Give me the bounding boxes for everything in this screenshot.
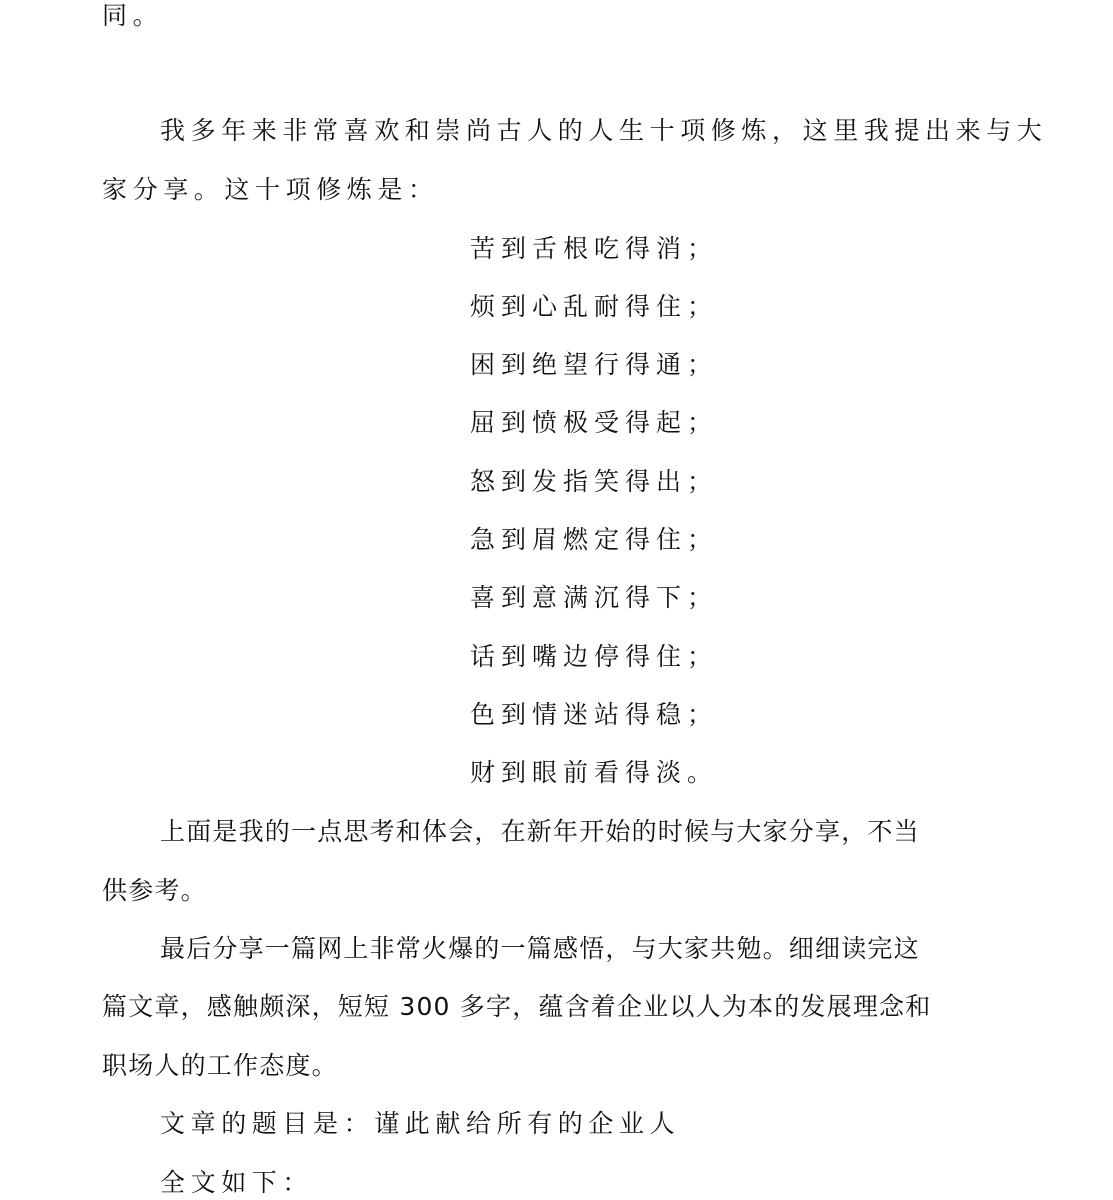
poem-line: 色到情迷站得稳； bbox=[470, 699, 718, 731]
paragraph-line: 供参考。 bbox=[102, 875, 207, 907]
article-title-line: 文章的题目是：谨此献给所有的企业人 bbox=[160, 1108, 680, 1140]
paragraph-line: 篇文章，感触颇深，短短 300 多字，蕴含着企业以人为本的发展理念和 bbox=[102, 991, 931, 1023]
poem-line: 急到眉燃定得住； bbox=[470, 524, 718, 556]
paragraph-line: 家分享。这十项修炼是： bbox=[102, 174, 439, 206]
paragraph-line: 我多年来非常喜欢和崇尚古人的人生十项修炼，这里我提出来与大 bbox=[160, 115, 1047, 147]
paragraph-line: 同。 bbox=[102, 0, 163, 32]
poem-line: 怒到发指笑得出； bbox=[470, 466, 718, 498]
paragraph-line: 上面是我的一点思考和体会，在新年开始的时候与大家分享，不当 bbox=[160, 816, 920, 848]
poem-line: 财到眼前看得淡。 bbox=[470, 757, 718, 789]
paragraph-line: 全文如下： bbox=[160, 1167, 313, 1199]
paragraph-line: 职场人的工作态度。 bbox=[102, 1050, 338, 1082]
poem-line: 话到嘴边停得住； bbox=[470, 641, 718, 673]
paragraph-line: 最后分享一篇网上非常火爆的一篇感悟，与大家共勉。细细读完这 bbox=[160, 933, 920, 965]
poem-line: 烦到心乱耐得住； bbox=[470, 291, 718, 323]
poem-line: 苦到舌根吃得消； bbox=[470, 233, 718, 265]
poem-line: 屈到愤极受得起； bbox=[470, 407, 718, 439]
poem-line: 喜到意满沉得下； bbox=[470, 582, 718, 614]
poem-line: 困到绝望行得通； bbox=[470, 349, 718, 381]
